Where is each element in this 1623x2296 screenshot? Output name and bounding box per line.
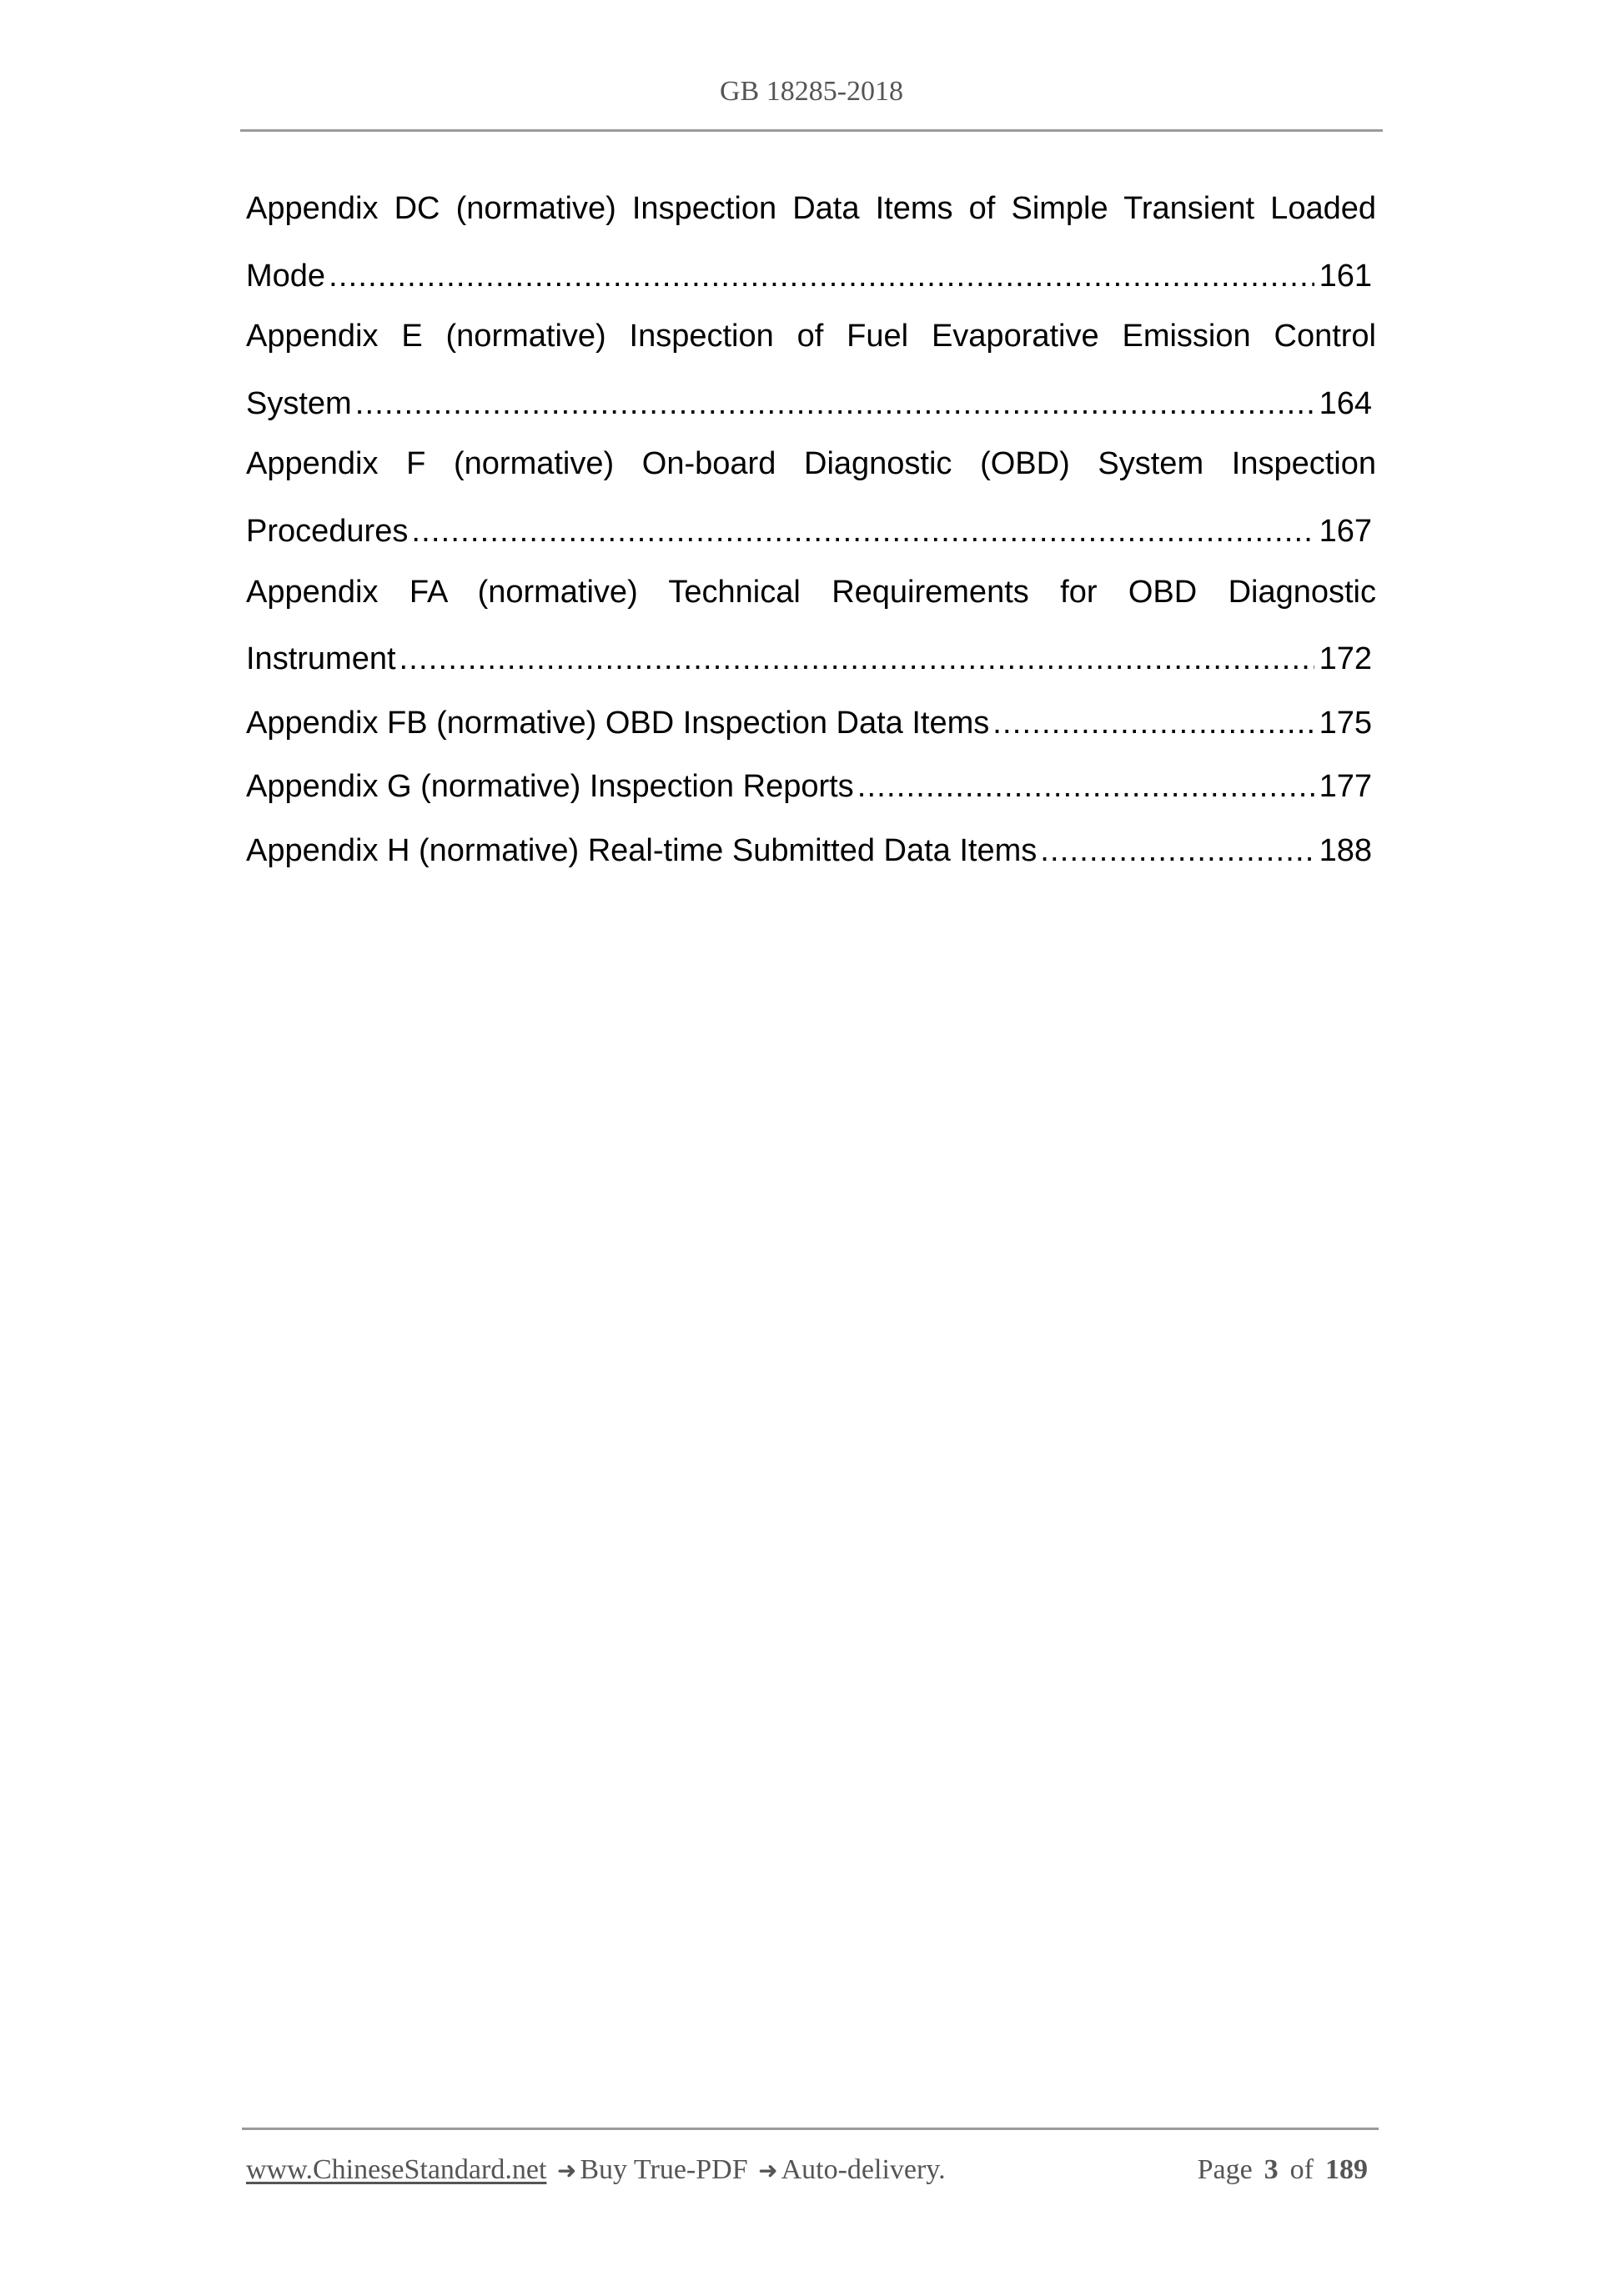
toc-page-number: 177: [1319, 766, 1372, 807]
toc-page-number: 161: [1319, 255, 1372, 297]
toc-entry-title-continued: Procedures: [246, 510, 408, 552]
footer-divider: [242, 2128, 1379, 2130]
toc-page-number: 188: [1319, 830, 1372, 872]
buy-true-pdf-text: Buy True-PDF: [580, 2154, 747, 2185]
toc-entry-title: Appendix FB (normative) OBD Inspection D…: [246, 702, 989, 744]
toc-entry-appendix-g[interactable]: Appendix G (normative) Inspection Report…: [246, 766, 1376, 830]
total-pages-number: 189: [1325, 2154, 1368, 2185]
dot-leader: ........................................…: [355, 383, 1314, 425]
dot-leader: ........................................…: [992, 702, 1314, 744]
page-label: Page: [1198, 2154, 1253, 2185]
toc-entry-title: Appendix E (normative) Inspection of Fue…: [246, 319, 1376, 383]
current-page-number: 3: [1264, 2154, 1279, 2185]
right-arrow-icon: ➜: [557, 2154, 576, 2188]
dot-leader: ........................................…: [411, 510, 1314, 552]
toc-entry-appendix-fb[interactable]: Appendix FB (normative) OBD Inspection D…: [246, 702, 1376, 766]
of-label: of: [1290, 2154, 1314, 2185]
toc-page-number: 164: [1319, 383, 1372, 425]
toc-entry-appendix-fa[interactable]: Appendix FA (normative) Technical Requir…: [246, 575, 1376, 702]
toc-entry-appendix-e[interactable]: Appendix E (normative) Inspection of Fue…: [246, 319, 1376, 446]
table-of-contents: Appendix DC (normative) Inspection Data …: [246, 191, 1376, 894]
toc-entry-title-continued: System: [246, 383, 352, 425]
toc-entry-appendix-dc[interactable]: Appendix DC (normative) Inspection Data …: [246, 191, 1376, 319]
page-indicator: Page3of189: [1198, 2153, 1368, 2187]
toc-entry-title-continued: Instrument: [246, 638, 396, 680]
right-arrow-icon: ➜: [758, 2154, 777, 2188]
website-link[interactable]: www.ChineseStandard.net: [246, 2154, 546, 2185]
toc-entry-title: Appendix H (normative) Real-time Submitt…: [246, 830, 1037, 872]
toc-entry-title-continued: Mode: [246, 255, 325, 297]
toc-entry-title: Appendix DC (normative) Inspection Data …: [246, 191, 1376, 255]
document-code-header: GB 18285-2018: [0, 75, 1623, 108]
toc-page-number: 172: [1319, 638, 1372, 680]
dot-leader: ........................................…: [1040, 830, 1314, 872]
toc-entry-title: Appendix F (normative) On-board Diagnost…: [246, 446, 1376, 510]
toc-page-number: 175: [1319, 702, 1372, 744]
toc-entry-title: Appendix G (normative) Inspection Report…: [246, 766, 854, 807]
header-divider: [240, 129, 1383, 132]
dot-leader: ........................................…: [329, 255, 1314, 297]
footer-promo: www.ChineseStandard.net ➜Buy True-PDF ➜A…: [246, 2153, 946, 2188]
dot-leader: ........................................…: [857, 766, 1314, 807]
auto-delivery-text: Auto-delivery.: [781, 2154, 946, 2185]
toc-entry-appendix-f[interactable]: Appendix F (normative) On-board Diagnost…: [246, 446, 1376, 574]
toc-page-number: 167: [1319, 510, 1372, 552]
toc-entry-title: Appendix FA (normative) Technical Requir…: [246, 575, 1376, 639]
dot-leader: ........................................…: [399, 638, 1314, 680]
toc-entry-appendix-h[interactable]: Appendix H (normative) Real-time Submitt…: [246, 830, 1376, 894]
